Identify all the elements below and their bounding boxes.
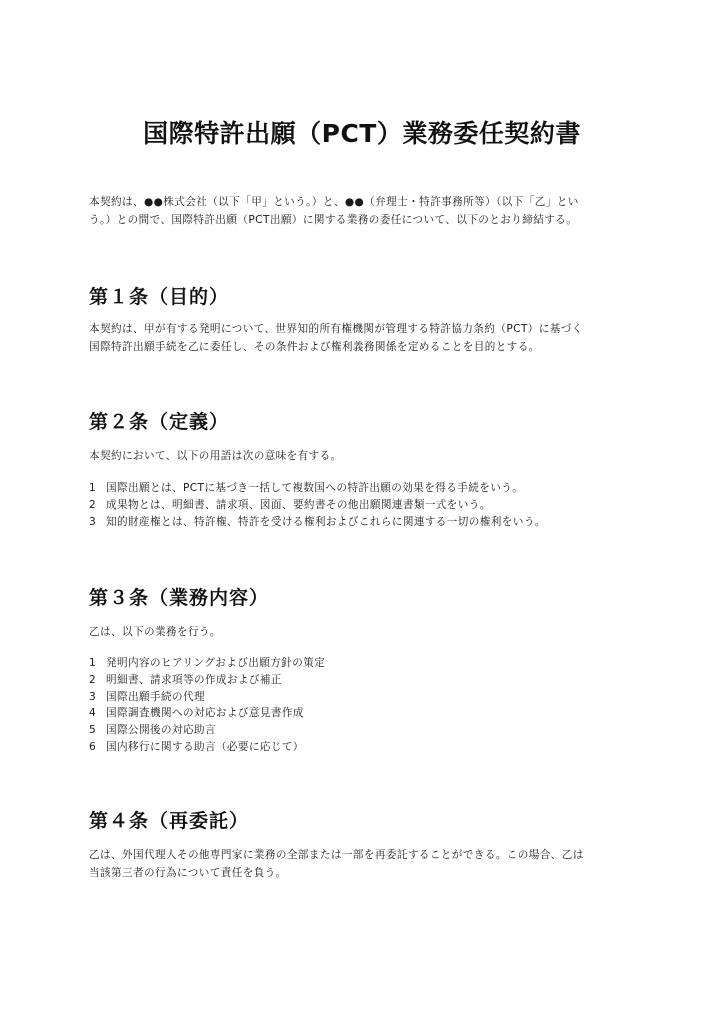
paragraph-line: 本契約は、甲が有する発明について、世界知的所有権機関が管理する特許協力条約（PC…	[89, 323, 583, 335]
list-item-number: 1	[89, 480, 106, 497]
paragraph-line: 国際特許出願手続を乙に委任し、その条件および権利義務関係を定めることを目的とする…	[89, 341, 540, 353]
list-item: 1 国際出願とは、PCTに基づき一括して複数国への特許出願の効果を得る手続をいう…	[89, 480, 546, 497]
article-2-definitions-list: 1 国際出願とは、PCTに基づき一括して複数国への特許出願の効果を得る手続をいう…	[89, 480, 546, 530]
list-item-number: 2	[89, 497, 106, 514]
list-item-text: 明細書、請求項等の作成および補正	[106, 672, 282, 689]
list-item-text: 国際出願手続の代理	[106, 689, 205, 706]
list-item-text: 国際公開後の対応助言	[106, 722, 216, 739]
article-4-paragraph: 乙は、外国代理人その他専門家に業務の全部または一部を再委託することができる。この…	[89, 846, 649, 882]
list-item-text: 国際調査機関への対応および意見書作成	[106, 705, 304, 722]
list-item-number: 3	[89, 514, 106, 531]
list-item-number: 3	[89, 689, 106, 706]
article-4-heading: 第４条（再委託）	[89, 808, 249, 834]
list-item: 6 国内移行に関する助言（必要に応じて）	[89, 739, 325, 756]
article-1-paragraph: 本契約は、甲が有する発明について、世界知的所有権機関が管理する特許協力条約（PC…	[89, 320, 649, 356]
paragraph-line: 本契約において、以下の用語は次の意味を有する。	[89, 450, 342, 462]
document-page: 国際特許出願（PCT）業務委任契約書 本契約は、●●株式会社（以下「甲」という。…	[0, 0, 724, 1024]
article-2-paragraph: 本契約において、以下の用語は次の意味を有する。	[89, 447, 649, 465]
article-3-heading: 第３条（業務内容）	[89, 585, 269, 611]
list-item: 1 発明内容のヒアリングおよび出願方針の策定	[89, 655, 325, 672]
list-item: 4 国際調査機関への対応および意見書作成	[89, 705, 325, 722]
list-item-text: 成果物とは、明細書、請求項、図面、要約書その他出願関連書類一式をいう。	[106, 497, 491, 514]
list-item-text: 発明内容のヒアリングおよび出願方針の策定	[106, 655, 325, 672]
article-2-heading: 第２条（定義）	[89, 409, 229, 435]
list-item-number: 2	[89, 672, 106, 689]
list-item-text: 知的財産権とは、特許権、特許を受ける権利およびこれらに関連する一切の権利をいう。	[106, 514, 546, 531]
intro-line: う。）との間で、国際特許出願（PCT出願）に関する業務の委任について、以下のとお…	[89, 214, 577, 226]
list-item-text: 国際出願とは、PCTに基づき一括して複数国への特許出願の効果を得る手続をいう。	[106, 480, 523, 497]
list-item-number: 4	[89, 705, 106, 722]
list-item: 3 国際出願手続の代理	[89, 689, 325, 706]
article-3-paragraph: 乙は、以下の業務を行う。	[89, 623, 649, 641]
list-item: 2 明細書、請求項等の作成および補正	[89, 672, 325, 689]
list-item: 3 知的財産権とは、特許権、特許を受ける権利およびこれらに関連する一切の権利をい…	[89, 514, 546, 531]
list-item: 5 国際公開後の対応助言	[89, 722, 325, 739]
list-item-number: 5	[89, 722, 106, 739]
list-item-number: 6	[89, 739, 106, 756]
article-3-services-list: 1 発明内容のヒアリングおよび出願方針の策定 2 明細書、請求項等の作成および補…	[89, 655, 325, 756]
document-title: 国際特許出願（PCT）業務委任契約書	[0, 118, 724, 150]
list-item-text: 国内移行に関する助言（必要に応じて）	[106, 739, 304, 756]
paragraph-line: 乙は、以下の業務を行う。	[89, 626, 221, 638]
paragraph-line: 乙は、外国代理人その他専門家に業務の全部または一部を再委託することができる。この…	[89, 849, 584, 861]
intro-paragraph: 本契約は、●●株式会社（以下「甲」という。）と、●●（弁理士・特許事務所等）（以…	[89, 193, 649, 229]
article-1-heading: 第１条（目的）	[89, 284, 229, 310]
list-item: 2 成果物とは、明細書、請求項、図面、要約書その他出願関連書類一式をいう。	[89, 497, 546, 514]
paragraph-line: 当該第三者の行為について責任を負う。	[89, 867, 287, 879]
intro-line: 本契約は、●●株式会社（以下「甲」という。）と、●●（弁理士・特許事務所等）（以…	[89, 196, 579, 208]
list-item-number: 1	[89, 655, 106, 672]
